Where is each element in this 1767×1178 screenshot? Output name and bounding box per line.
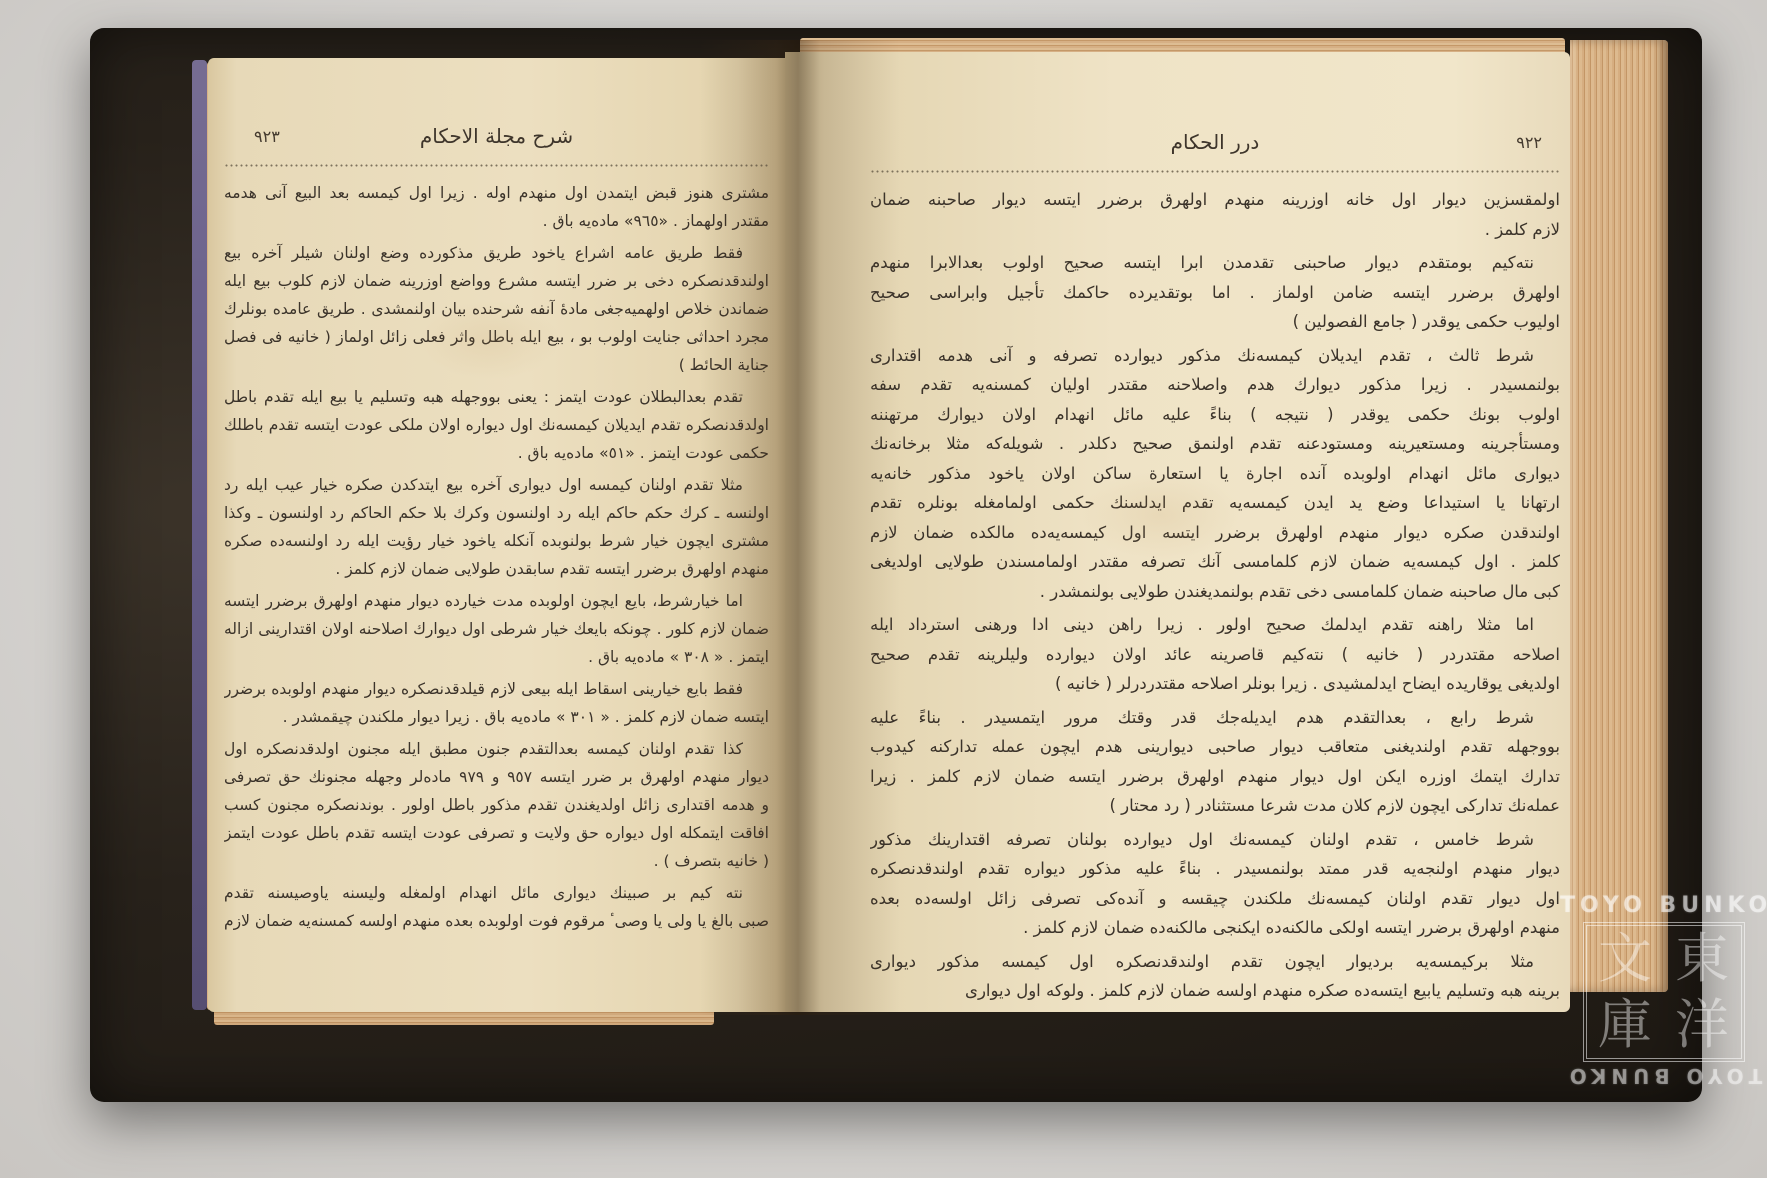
paragraph: مشترى هنوز قبض ايتمدن اول منهدم اوله . ز… — [224, 179, 769, 235]
paragraph: تقدم بعدالبطلان عودت ايتمز : يعنى بووجهل… — [224, 383, 769, 467]
text-line: فقط بايع خيارينى اسقاط ايله بيعى لازم قي… — [224, 675, 769, 703]
text-line: و هدمه اقتدارى زائل اولديغندن تقدم مذكور… — [224, 791, 769, 819]
text-line: منهدم اولهرق برضرر ايتسه اولكى مالكنه‌ده… — [870, 913, 1560, 943]
paragraph: اما خيارشرط، بايع ايچون اولوبده مدت خيار… — [224, 587, 769, 671]
paragraph: شرط رابع ، بعدالتقدم هدم ايديله‌جك قدر و… — [870, 703, 1560, 821]
text-line: اصلاحه مقتدردر ( خانيه ) نته‌كيم قاصرينه… — [870, 640, 1560, 670]
text-line: ديوار منهدم اولهرق بر ضرر ايتسه ٩٥٧ و ٩٧… — [224, 763, 769, 791]
text-line: عمله‌نك تداركى ايچون لازم كلان مدت شرعا … — [870, 791, 1560, 821]
text-line: منهدم اولهرق برضرر ايتسه تقدم سابقدن طول… — [224, 555, 769, 583]
text-line: كذا تقدم اولنان كيمسه بعدالتقدم جنون مطب… — [224, 735, 769, 763]
text-line: شرط ثالث ، تقدم ايديلان كيمسه‌نك مذكور د… — [870, 341, 1560, 371]
text-line: فقط طريق عامه اشراع ياخود طريق مذكورده و… — [224, 239, 769, 267]
paragraph: مثلا تقدم اولنان كيمسه اول ديوارى آخره ب… — [224, 471, 769, 583]
paragraph: اولمقسزين ديوار اول خانه اوزرينه منهدم ا… — [870, 185, 1560, 244]
text-line: ديوار منهدم اولنجه‌يه قدر ممتد بولنمسيدر… — [870, 854, 1560, 884]
text-line: مجرد احداثى جنايت اولوب بو ، بيع ايله با… — [224, 323, 769, 351]
paragraph: نته‌كيم بومتقدم ديوار صاحبنى تقدمدن ابرا… — [870, 248, 1560, 337]
text-line: اولندقدنصكره دخى بر ضرر ايتسه مشرع وواضع… — [224, 267, 769, 295]
text-line: مشترى ايچون خيار شرط بولنوبده آنكله ياخو… — [224, 527, 769, 555]
text-line: اولمقسزين ديوار اول خانه اوزرينه منهدم ا… — [870, 185, 1560, 215]
left-header-rule — [224, 164, 769, 167]
paragraph: كذا تقدم اولنان كيمسه بعدالتقدم جنون مطب… — [224, 735, 769, 875]
text-line: اولهرق برضرر ايتسه ضامن اولماز . اما بوت… — [870, 278, 1560, 308]
paragraph: نته كيم بر صبينك ديوارى مائل انهدام اولم… — [224, 879, 769, 935]
paragraph: اما مثلا راهنه تقدم ايدلمك صحيح اولور . … — [870, 610, 1560, 699]
text-line: لازم كلمز . — [870, 215, 1560, 245]
text-line: شرط خامس ، تقدم اولنان كيمسه‌نك اول ديوا… — [870, 825, 1560, 855]
text-line: اولوب بونك حكمى يوقدر ( نتيجه ) بناءً عل… — [870, 400, 1560, 430]
right-page-title: درر الحكام — [870, 130, 1560, 154]
text-line: ايتسه ضمان لازم كلمز . « ٣٠١ » ماده‌يه ب… — [224, 703, 769, 731]
text-line: مقتدر اولهماز . «٩٦٥» ماده‌يه باق . — [224, 207, 769, 235]
text-line: اول ديوار تقدم اولنان كيمسه‌نك ملكندن چي… — [870, 884, 1560, 914]
text-line: نته كيم بر صبينك ديوارى مائل انهدام اولم… — [224, 879, 769, 907]
left-page: ٩٢٣ شرح مجلة الاحكام مشترى هنوز قبض ايتم… — [208, 58, 785, 1012]
page-edge-stack-top — [800, 38, 1565, 53]
text-line: اما خيارشرط، بايع ايچون اولوبده مدت خيار… — [224, 587, 769, 615]
right-page: ٩٢٢ درر الحكام اولمقسزين ديوار اول خانه … — [785, 52, 1570, 1012]
text-line: ومستأجرينه ومستعيرينه ومستودعنه تقدم اول… — [870, 429, 1560, 459]
text-line: افاقت ايتمكله اول ديواره حق ولايت و تصرف… — [224, 819, 769, 847]
text-line: مشترى هنوز قبض ايتمدن اول منهدم اوله . ز… — [224, 179, 769, 207]
fore-edge — [1570, 40, 1668, 992]
text-line: اولندقدن صكره ديوار منهدم اولهرق برضرر ا… — [870, 518, 1560, 548]
text-line: جناية الحائط ) — [224, 351, 769, 379]
text-line: اولنسه ـ كرك حكم حاكم ايله رد اولنسون وك… — [224, 499, 769, 527]
paragraph: فقط طريق عامه اشراع ياخود طريق مذكورده و… — [224, 239, 769, 379]
text-line: ايتمز . « ٣٠٨ » ماده‌يه باق . — [224, 643, 769, 671]
endpaper-edge — [192, 60, 207, 1010]
text-line: مثلا تقدم اولنان كيمسه اول ديوارى آخره ب… — [224, 471, 769, 499]
text-line: شرط رابع ، بعدالتقدم هدم ايديله‌جك قدر و… — [870, 703, 1560, 733]
right-page-header: ٩٢٢ درر الحكام — [870, 130, 1560, 164]
left-page-header: ٩٢٣ شرح مجلة الاحكام — [224, 124, 769, 158]
text-line: ( خانيه بتصرف ) . — [224, 847, 769, 875]
page-body: مشترى هنوز قبض ايتمدن اول منهدم اوله . ز… — [224, 179, 769, 935]
text-line: كبى مال صاحبنه ضمان كلمامسى دخى تقدم بول… — [870, 577, 1560, 607]
text-line: اولديغى يوقاريده ايضاح ايدلمشيدى . زيرا … — [870, 669, 1560, 699]
text-line: ضماندن خلاص اولهميه‌جغى مادهٔ آنفه شرحند… — [224, 295, 769, 323]
text-line: تقدم بعدالبطلان عودت ايتمز : يعنى بووجهل… — [224, 383, 769, 411]
text-line: ديوارى مائل انهدام اولوبده آنده اجارة يا… — [870, 459, 1560, 489]
page-body: اولمقسزين ديوار اول خانه اوزرينه منهدم ا… — [870, 185, 1560, 1006]
text-line: بووجهله تقدم اولنديغنى متعاقب ديوار صاحب… — [870, 732, 1560, 762]
text-line: ارتهانا يا استيداعا وضع يد ايدن كيمسه‌يه… — [870, 488, 1560, 518]
text-line: اولدقدنصكره تقدم ايديلان كيمسه‌نك اول دي… — [224, 411, 769, 439]
right-header-rule — [870, 170, 1560, 173]
text-line: حكمى عودت ايتمز . «٥١» ماده‌يه باق . — [224, 439, 769, 467]
text-line: تدارك ايتمك اوزره ايكن اول ديوار منهدم ا… — [870, 762, 1560, 792]
text-line: بولنمسيدر . زيرا مذكور ديوارك هدم واصلاح… — [870, 370, 1560, 400]
text-line: نته‌كيم بومتقدم ديوار صاحبنى تقدمدن ابرا… — [870, 248, 1560, 278]
text-line: ضمان لازم كلور . چونكه بايعك خيار شرطى ا… — [224, 615, 769, 643]
paragraph: فقط بايع خيارينى اسقاط ايله بيعى لازم قي… — [224, 675, 769, 731]
page-edge-stack-bottom — [214, 1011, 714, 1025]
left-page-title: شرح مجلة الاحكام — [224, 124, 769, 148]
paragraph: مثلا بركيمسه‌يه برديوار ايچون تقدم اولند… — [870, 947, 1560, 1006]
book-photo: ٩٢٣ شرح مجلة الاحكام مشترى هنوز قبض ايتم… — [0, 0, 1767, 1178]
text-line: مثلا بركيمسه‌يه برديوار ايچون تقدم اولند… — [870, 947, 1560, 977]
text-line: كلمز . اول كيمسه‌يه ضمان لازم كلمامسى آن… — [870, 547, 1560, 577]
text-line: برينه هبه وتسليم يابيع ايتسه‌ده صكره منه… — [870, 976, 1560, 1006]
paragraph: شرط خامس ، تقدم اولنان كيمسه‌نك اول ديوا… — [870, 825, 1560, 943]
text-line: اوليوب حكمى يوقدر ( جامع الفصولين ) — [870, 307, 1560, 337]
text-line: صبى بالغ يا ولى يا وصىٴ مرقوم فوت اولوبد… — [224, 907, 769, 935]
text-line: اما مثلا راهنه تقدم ايدلمك صحيح اولور . … — [870, 610, 1560, 640]
paragraph: شرط ثالث ، تقدم ايديلان كيمسه‌نك مذكور د… — [870, 341, 1560, 607]
